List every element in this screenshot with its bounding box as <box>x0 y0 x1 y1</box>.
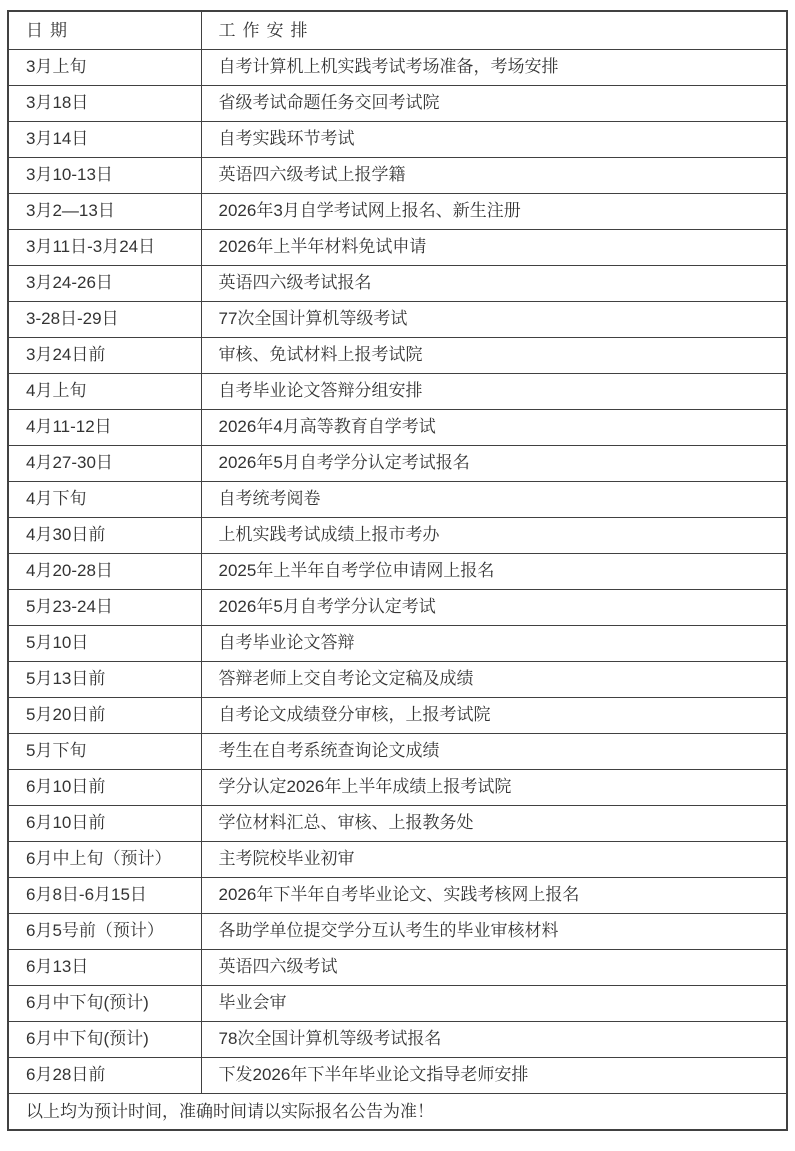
table-header: 日期 工作安排 <box>8 11 787 49</box>
work-cell: 自考论文成绩登分审核，上报考试院 <box>201 697 787 733</box>
footer-row: 以上均为预计时间，准确时间请以实际报名公告为准！ <box>8 1093 787 1130</box>
date-cell: 5月20日前 <box>8 697 201 733</box>
date-cell: 3月2—13日 <box>8 193 201 229</box>
work-cell: 2026年4月高等教育自学考试 <box>201 409 787 445</box>
work-cell: 省级考试命题任务交回考试院 <box>201 85 787 121</box>
work-cell: 自考实践环节考试 <box>201 121 787 157</box>
work-cell: 2026年5月自考学分认定考试 <box>201 589 787 625</box>
date-cell: 6月5号前（预计） <box>8 913 201 949</box>
date-cell: 3月10-13日 <box>8 157 201 193</box>
work-cell: 审核、免试材料上报考试院 <box>201 337 787 373</box>
date-cell: 4月20-28日 <box>8 553 201 589</box>
work-cell: 2026年3月自学考试网上报名、新生注册 <box>201 193 787 229</box>
date-cell: 6月中上旬（预计） <box>8 841 201 877</box>
work-cell: 下发2026年下半年毕业论文指导老师安排 <box>201 1057 787 1093</box>
date-cell: 5月13日前 <box>8 661 201 697</box>
work-cell: 78次全国计算机等级考试报名 <box>201 1021 787 1057</box>
date-cell: 3月11日-3月24日 <box>8 229 201 265</box>
table-row: 6月中下旬(预计) 78次全国计算机等级考试报名 <box>8 1021 787 1057</box>
table-body: 3月上旬 自考计算机上机实践考试考场准备，考场安排 3月18日 省级考试命题任务… <box>8 49 787 1130</box>
work-cell: 自考毕业论文答辩分组安排 <box>201 373 787 409</box>
work-cell: 2025年上半年自考学位申请网上报名 <box>201 553 787 589</box>
table-row: 5月13日前 答辩老师上交自考论文定稿及成绩 <box>8 661 787 697</box>
table-row: 4月上旬 自考毕业论文答辩分组安排 <box>8 373 787 409</box>
work-cell: 2026年下半年自考毕业论文、实践考核网上报名 <box>201 877 787 913</box>
table-row: 3月24-26日 英语四六级考试报名 <box>8 265 787 301</box>
table-row: 6月中下旬(预计) 毕业会审 <box>8 985 787 1021</box>
date-cell: 5月下旬 <box>8 733 201 769</box>
table-row: 6月5号前（预计） 各助学单位提交学分互认考生的毕业审核材料 <box>8 913 787 949</box>
table-row: 5月23-24日 2026年5月自考学分认定考试 <box>8 589 787 625</box>
table-row: 3月11日-3月24日 2026年上半年材料免试申请 <box>8 229 787 265</box>
work-cell: 自考毕业论文答辩 <box>201 625 787 661</box>
date-cell: 3月上旬 <box>8 49 201 85</box>
page: 日期 工作安排 3月上旬 自考计算机上机实践考试考场准备，考场安排 3月18日 … <box>0 10 795 1151</box>
table-row: 6月8日-6月15日 2026年下半年自考毕业论文、实践考核网上报名 <box>8 877 787 913</box>
table-row: 5月20日前 自考论文成绩登分审核，上报考试院 <box>8 697 787 733</box>
work-cell: 英语四六级考试报名 <box>201 265 787 301</box>
table-row: 3月2—13日 2026年3月自学考试网上报名、新生注册 <box>8 193 787 229</box>
date-cell: 3-28日-29日 <box>8 301 201 337</box>
work-cell: 英语四六级考试上报学籍 <box>201 157 787 193</box>
work-cell: 学分认定2026年上半年成绩上报考试院 <box>201 769 787 805</box>
date-cell: 5月10日 <box>8 625 201 661</box>
work-cell: 主考院校毕业初审 <box>201 841 787 877</box>
date-cell: 6月13日 <box>8 949 201 985</box>
work-cell: 2026年5月自考学分认定考试报名 <box>201 445 787 481</box>
work-cell: 英语四六级考试 <box>201 949 787 985</box>
table-row: 4月20-28日 2025年上半年自考学位申请网上报名 <box>8 553 787 589</box>
date-cell: 3月14日 <box>8 121 201 157</box>
col-header-work: 工作安排 <box>201 11 787 49</box>
table-row: 3月24日前 审核、免试材料上报考试院 <box>8 337 787 373</box>
date-cell: 3月24日前 <box>8 337 201 373</box>
date-cell: 6月10日前 <box>8 769 201 805</box>
date-cell: 3月24-26日 <box>8 265 201 301</box>
table-row: 4月27-30日 2026年5月自考学分认定考试报名 <box>8 445 787 481</box>
table-row: 6月13日 英语四六级考试 <box>8 949 787 985</box>
col-header-date: 日期 <box>8 11 201 49</box>
table-row: 3月10-13日 英语四六级考试上报学籍 <box>8 157 787 193</box>
header-row: 日期 工作安排 <box>8 11 787 49</box>
table-footer-note: 以上均为预计时间，准确时间请以实际报名公告为准！ <box>8 1093 787 1130</box>
date-cell: 3月18日 <box>8 85 201 121</box>
date-cell: 6月10日前 <box>8 805 201 841</box>
work-cell: 上机实践考试成绩上报市考办 <box>201 517 787 553</box>
date-cell: 4月上旬 <box>8 373 201 409</box>
schedule-table: 日期 工作安排 3月上旬 自考计算机上机实践考试考场准备，考场安排 3月18日 … <box>7 10 788 1131</box>
table-row: 6月10日前 学分认定2026年上半年成绩上报考试院 <box>8 769 787 805</box>
date-cell: 4月30日前 <box>8 517 201 553</box>
work-cell: 自考计算机上机实践考试考场准备，考场安排 <box>201 49 787 85</box>
table-row: 3月上旬 自考计算机上机实践考试考场准备，考场安排 <box>8 49 787 85</box>
table-row: 6月中上旬（预计） 主考院校毕业初审 <box>8 841 787 877</box>
date-cell: 6月中下旬(预计) <box>8 985 201 1021</box>
table-row: 6月28日前 下发2026年下半年毕业论文指导老师安排 <box>8 1057 787 1093</box>
work-cell: 考生在自考系统查询论文成绩 <box>201 733 787 769</box>
table-row: 4月30日前 上机实践考试成绩上报市考办 <box>8 517 787 553</box>
table-row: 3-28日-29日 77次全国计算机等级考试 <box>8 301 787 337</box>
table-row: 4月11-12日 2026年4月高等教育自学考试 <box>8 409 787 445</box>
table-row: 3月14日 自考实践环节考试 <box>8 121 787 157</box>
date-cell: 4月下旬 <box>8 481 201 517</box>
work-cell: 答辩老师上交自考论文定稿及成绩 <box>201 661 787 697</box>
date-cell: 6月28日前 <box>8 1057 201 1093</box>
table-row: 6月10日前 学位材料汇总、审核、上报教务处 <box>8 805 787 841</box>
date-cell: 4月27-30日 <box>8 445 201 481</box>
work-cell: 学位材料汇总、审核、上报教务处 <box>201 805 787 841</box>
date-cell: 5月23-24日 <box>8 589 201 625</box>
work-cell: 毕业会审 <box>201 985 787 1021</box>
work-cell: 自考统考阅卷 <box>201 481 787 517</box>
work-cell: 2026年上半年材料免试申请 <box>201 229 787 265</box>
table-row: 5月下旬 考生在自考系统查询论文成绩 <box>8 733 787 769</box>
table-row: 5月10日 自考毕业论文答辩 <box>8 625 787 661</box>
work-cell: 各助学单位提交学分互认考生的毕业审核材料 <box>201 913 787 949</box>
date-cell: 6月中下旬(预计) <box>8 1021 201 1057</box>
date-cell: 6月8日-6月15日 <box>8 877 201 913</box>
table-row: 3月18日 省级考试命题任务交回考试院 <box>8 85 787 121</box>
work-cell: 77次全国计算机等级考试 <box>201 301 787 337</box>
date-cell: 4月11-12日 <box>8 409 201 445</box>
table-row: 4月下旬 自考统考阅卷 <box>8 481 787 517</box>
